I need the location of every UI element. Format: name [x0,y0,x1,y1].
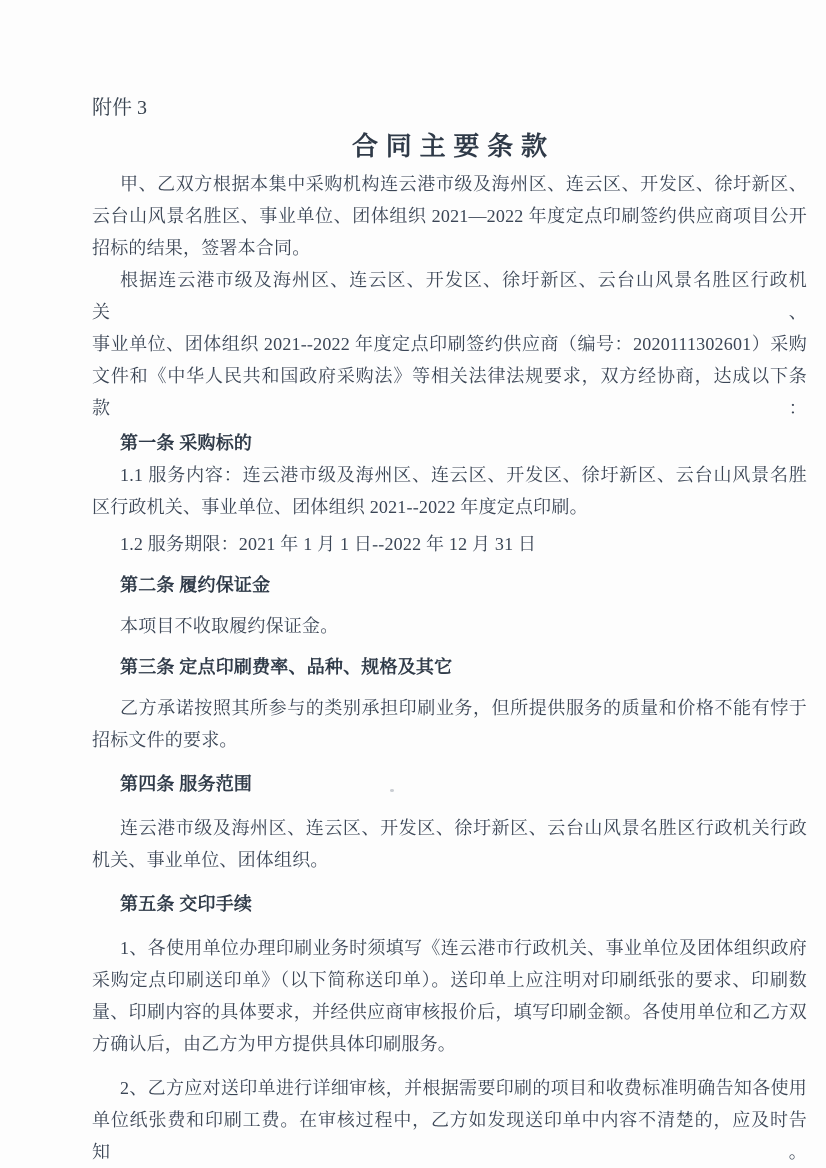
clause-1-1: 1.1 服务内容：连云港市级及海州区、连云区、开发区、徐圩新区、云台山风景名胜 … [92,459,807,523]
text-line: 云台山风景名胜区、事业单位、团体组织 2021—2022 年度定点印刷签约供应商… [92,200,807,232]
clause-1-2: 1.2 服务期限：2021 年 1 月 1 日--2022 年 12 月 31 … [92,528,807,560]
text-line: 方确认后，由乙方为甲方提供具体印刷服务。 [92,1028,807,1060]
paragraph-preamble-2: 根据连云港市级及海州区、连云区、开发区、徐圩新区、云台山风景名胜区行政机关、 事… [92,264,807,424]
document-page: 附件 3 合同主要条款 甲、乙双方根据本集中采购机构连云港市级及海州区、连云区、… [0,0,826,1168]
text-line: 采购定点印刷送印单》（以下简称送印单）。送印单上应注明对印刷纸张的要求、印刷数 [92,964,807,996]
text-line: 量、印刷内容的具体要求，并经供应商审核报价后，填写印刷金额。各使用单位和乙方双 [92,996,807,1028]
document-title: 合同主要条款 [92,130,807,164]
text-line: 文件和《中华人民共和国政府采购法》等相关法律法规要求，双方经协商，达成以下条款： [92,360,807,424]
text-line: 本项目不收取履约保证金。 [92,610,807,642]
heading-line: 第五条 交印手续 [92,888,807,920]
section-heading-4: 第四条 服务范围 [92,768,807,800]
attachment-label: 附件 3 [92,94,147,122]
clause-2-body: 本项目不收取履约保证金。 [92,610,807,642]
scan-speck [286,1092,289,1095]
document-body: 甲、乙双方根据本集中采购机构连云港市级及海州区、连云区、开发区、徐圩新区、 云台… [92,168,807,1168]
clause-5-item-1: 1、各使用单位办理印刷业务时须填写《连云港市行政机关、事业单位及团体组织政府 采… [92,932,807,1060]
heading-line: 第四条 服务范围 [92,768,807,800]
clause-3-body: 乙方承诺按照其所参与的类别承担印刷业务，但所提供服务的质量和价格不能有悖于 招标… [92,692,807,756]
clause-5-item-2: 2、乙方应对送印单进行详细审核，并根据需要印刷的项目和收费标准明确告知各使用 单… [92,1072,807,1168]
section-heading-3: 第三条 定点印刷费率、品种、规格及其它 [92,651,807,683]
paragraph-preamble-1: 甲、乙双方根据本集中采购机构连云港市级及海州区、连云区、开发区、徐圩新区、 云台… [92,168,807,264]
text-line: 事业单位、团体组织 2021--2022 年度定点印刷签约供应商（编号：2020… [92,328,807,360]
text-line: 2、乙方应对送印单进行详细审核，并根据需要印刷的项目和收费标准明确告知各使用 [92,1072,807,1104]
heading-line: 第三条 定点印刷费率、品种、规格及其它 [92,651,807,683]
text-line: 区行政机关、事业单位、团体组织 2021--2022 年度定点印刷。 [92,491,807,523]
text-line: 根据连云港市级及海州区、连云区、开发区、徐圩新区、云台山风景名胜区行政机关、 [92,264,807,328]
text-line: 机关、事业单位、团体组织。 [92,844,807,876]
scan-speck [390,789,394,792]
text-line: 招标的结果，签署本合同。 [92,232,807,264]
text-line: 乙方承诺按照其所参与的类别承担印刷业务，但所提供服务的质量和价格不能有悖于 [92,692,807,724]
heading-line: 第一条 采购标的 [92,427,807,459]
section-heading-1: 第一条 采购标的 [92,427,807,459]
text-line: 甲、乙双方根据本集中采购机构连云港市级及海州区、连云区、开发区、徐圩新区、 [92,168,807,200]
section-heading-2: 第二条 履约保证金 [92,569,807,601]
clause-4-body: 连云港市级及海州区、连云区、开发区、徐圩新区、云台山风景名胜区行政机关行政 机关… [92,812,807,876]
text-line: 招标文件的要求。 [92,724,807,756]
section-heading-5: 第五条 交印手续 [92,888,807,920]
text-line: 1.1 服务内容：连云港市级及海州区、连云区、开发区、徐圩新区、云台山风景名胜 [92,459,807,491]
text-line: 1、各使用单位办理印刷业务时须填写《连云港市行政机关、事业单位及团体组织政府 [92,932,807,964]
text-line: 单位纸张费和印刷工费。在审核过程中，乙方如发现送印单中内容不清楚的，应及时告知。 [92,1104,807,1168]
heading-line: 第二条 履约保证金 [92,569,807,601]
text-line: 连云港市级及海州区、连云区、开发区、徐圩新区、云台山风景名胜区行政机关行政 [92,812,807,844]
text-line: 1.2 服务期限：2021 年 1 月 1 日--2022 年 12 月 31 … [92,528,807,560]
